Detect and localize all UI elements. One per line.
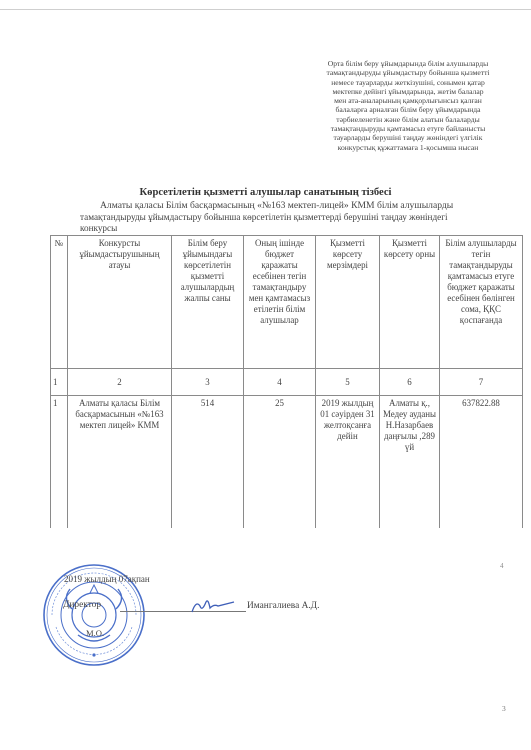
header-allocated-sum: Білім алушыларды тегін тамақтандыруды қа… — [440, 236, 523, 369]
header-total-recipients: Білім беру ұйымындағы көрсетілетін қызме… — [172, 236, 244, 369]
header-service-period: Қызметті көрсету мерзімдері — [316, 236, 380, 369]
header-budget-recipients: Оның ішінде бюджет қаражаты есебінен тег… — [244, 236, 316, 369]
appendix-line: тауарларды берушіні таңдау жөніндегі үлг… — [296, 133, 520, 142]
column-number: 5 — [316, 369, 380, 396]
cell-organizer: Алматы қаласы Білім басқармасынын «№163 … — [68, 396, 172, 529]
column-number: 4 — [244, 369, 316, 396]
signature-icon — [188, 596, 238, 616]
column-number: 7 — [440, 369, 523, 396]
cell-allocated-sum: 637822.88 — [440, 396, 523, 529]
appendix-line: тамақтандыруды қамтамасыз етуге байланыс… — [296, 124, 520, 133]
header-service-place: Қызметті көрсету орны — [380, 236, 440, 369]
document-subtitle-line2: тамақтандыруды ұйымдастыру бойынша көрсе… — [80, 212, 448, 222]
appendix-line: немесе тауарларды жеткізушіні, сонымен қ… — [296, 78, 520, 87]
cell-number: 1 — [51, 396, 68, 529]
appendix-line: мен ата-аналарының қамқорлығынсыз қалған — [296, 96, 520, 105]
table-row: 1 Алматы қаласы Білім басқармасынын «№16… — [51, 396, 523, 529]
document-subtitle-line1: Алматы қаласы Білім басқармасының «№163 … — [90, 200, 530, 211]
column-number: 1 — [51, 369, 68, 396]
document-title: Көрсетілетін қызметті алушылар санатының… — [0, 187, 531, 198]
appendix-line: тәрбиеленетін және білім алатын балалард… — [296, 115, 520, 124]
appendix-note: Орта білім беру ұйымдарында білім алушыл… — [296, 59, 520, 152]
page-number: 3 — [502, 704, 506, 713]
seal-place-label: М.О. — [86, 628, 104, 638]
appendix-line: мектепке дейінгі ұйымдарында, жетім бала… — [296, 87, 520, 96]
document-date: 2019 жылдың 07ақпан — [64, 574, 150, 584]
recipients-table: № Конкурсты ұйымдастырушының атауы Білім… — [50, 235, 523, 528]
header-number: № — [51, 236, 68, 369]
appendix-line: балаларға арналған білім беру ұйымдарынд… — [296, 105, 520, 114]
table-header-row: № Конкурсты ұйымдастырушының атауы Білім… — [51, 236, 523, 369]
column-number: 3 — [172, 369, 244, 396]
appendix-line: конкурстық құжаттамаға 1-қосымша нысан — [296, 143, 520, 152]
signer-name: Имангалиева А.Д. — [247, 601, 319, 611]
column-number-row: 1 2 3 4 5 6 7 — [51, 369, 523, 396]
cell-service-place: Алматы қ., Медеу ауданы Н.Назарбаев даңғ… — [380, 396, 440, 529]
column-number: 6 — [380, 369, 440, 396]
document-subtitle-line3: конкурсы — [80, 223, 117, 233]
cell-budget-recipients: 25 — [244, 396, 316, 529]
scan-edge-line — [0, 9, 531, 10]
column-number: 2 — [68, 369, 172, 396]
appendix-line: тамақтандыруды ұйымдастыру бойынша қызме… — [296, 68, 520, 77]
margin-mark: 4 — [500, 562, 504, 570]
cell-total-recipients: 514 — [172, 396, 244, 529]
signer-position: Директор — [63, 600, 101, 610]
appendix-line: Орта білім беру ұйымдарында білім алушыл… — [296, 59, 520, 68]
header-organizer: Конкурсты ұйымдастырушының атауы — [68, 236, 172, 369]
cell-service-period: 2019 жылдың 01 сәуірден 31 желтоқсанға д… — [316, 396, 380, 529]
